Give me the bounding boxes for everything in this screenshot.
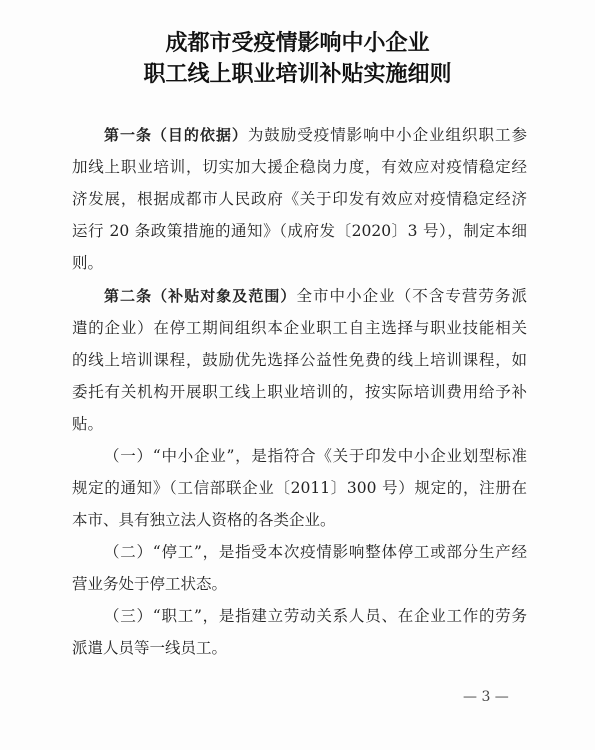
article-1-line-2: 加线上职业培训，切实加大援企稳岗力度，有效应对疫情稳定经 [72, 157, 527, 177]
page-number: — 3 — [463, 689, 509, 705]
article-2-line-1: 第二条（补贴对象及范围）全市中小企业（不含专营劳务派 [104, 286, 527, 306]
clause-3-line-1: （三）“职工”，是指建立劳动关系人员、在企业工作的劳务 [104, 606, 527, 626]
article-1-line-1: 第一条（目的依据）为鼓励受疫情影响中小企业组织职工参 [104, 125, 527, 145]
article-1-line-5: 则。 [72, 253, 527, 273]
document-title-line-1: 成都市受疫情影响中小企业 [0, 26, 595, 57]
article-2-line-4: 委托有关机构开展职工线上职业培训的，按实际培训费用给予补 [72, 382, 527, 402]
document-title-line-2: 职工线上职业培训补贴实施细则 [0, 57, 595, 88]
article-2-line-5: 贴。 [72, 414, 527, 434]
article-2-line-2: 遣的企业）在停工期间组织本企业职工自主选择与职业技能相关 [72, 318, 527, 338]
clause-1-line-1: （一）“中小企业”，是指符合《关于印发中小企业划型标准 [104, 446, 527, 466]
document-page: 成都市受疫情影响中小企业 职工线上职业培训补贴实施细则 第一条（目的依据）为鼓励… [0, 0, 595, 750]
clause-2-line-2: 营业务处于停工状态。 [72, 574, 527, 594]
clause-3-line-2: 派遣人员等一线员工。 [72, 638, 527, 658]
article-1-line-4: 运行 20 条政策措施的通知》（成府发〔2020〕3 号），制定本细 [72, 221, 527, 241]
article-1-line-3: 济发展，根据成都市人民政府《关于印发有效应对疫情稳定经济 [72, 189, 527, 209]
clause-2-line-1: （二）“停工”，是指受本次疫情影响整体停工或部分生产经 [104, 542, 527, 562]
clause-1-line-3: 本市、具有独立法人资格的各类企业。 [72, 510, 527, 530]
clause-1-line-2: 规定的通知》（工信部联企业〔2011〕300 号）规定的，注册在 [72, 478, 527, 498]
article-2-line-3: 的线上培训课程，鼓励优先选择公益性免费的线上培训课程，如 [72, 350, 527, 370]
article-1-heading: 第一条（目的依据） [104, 126, 248, 144]
article-2-heading: 第二条（补贴对象及范围） [104, 287, 296, 305]
